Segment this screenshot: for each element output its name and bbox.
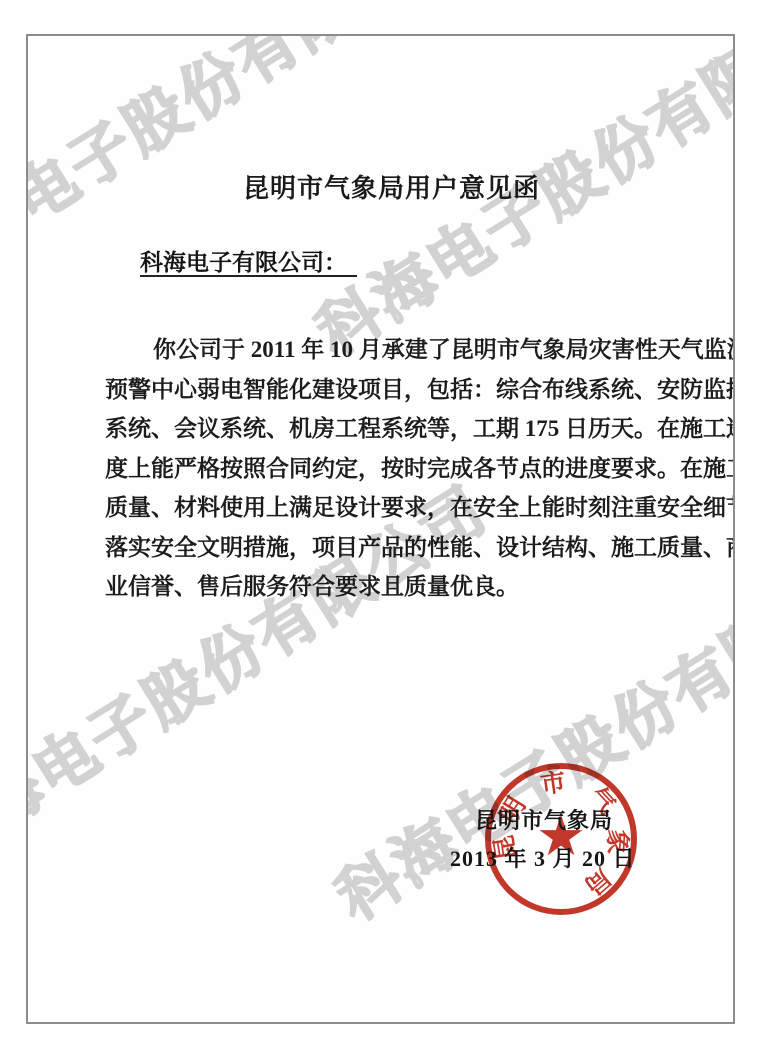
letter-body: 你公司于 2011 年 10 月承建了昆明市气象局灾害性天气监测 预警中心弱电智… [105, 330, 657, 607]
official-seal: ★ 昆 明 市 气 象 局 [485, 763, 637, 915]
body-line: 业信誉、售后服务符合要求且质量优良。 [105, 567, 657, 607]
letter-title: 昆明市气象局用户意见函 [28, 168, 733, 205]
signature-date: 2013 年 3 月 20 日 [450, 842, 636, 873]
body-line: 预警中心弱电智能化建设项目，包括：综合布线系统、安防监控 [105, 370, 657, 410]
body-line: 你公司于 2011 年 10 月承建了昆明市气象局灾害性天气监测 [105, 330, 657, 370]
body-line: 落实安全文明措施，项目产品的性能、设计结构、施工质量、商 [105, 528, 657, 568]
body-line: 系统、会议系统、机房工程系统等，工期 175 日历天。在施工进 [105, 409, 657, 449]
body-line: 度上能严格按照合同约定，按时完成各节点的进度要求。在施工 [105, 449, 657, 489]
signature-org: 昆明市气象局 [475, 804, 613, 835]
salutation: 科海电子有限公司： [140, 244, 357, 277]
scanned-letter-page: 科海电子股份有限公司 科海电子股份有限公司 科海电子股份有限公司 科海电子股份有… [26, 34, 735, 1024]
body-line: 质量、材料使用上满足设计要求，在安全上能时刻注重安全细节， [105, 488, 657, 528]
seal-char: 市 [538, 769, 570, 801]
salutation-text: 科海电子有限公司： [140, 250, 357, 277]
